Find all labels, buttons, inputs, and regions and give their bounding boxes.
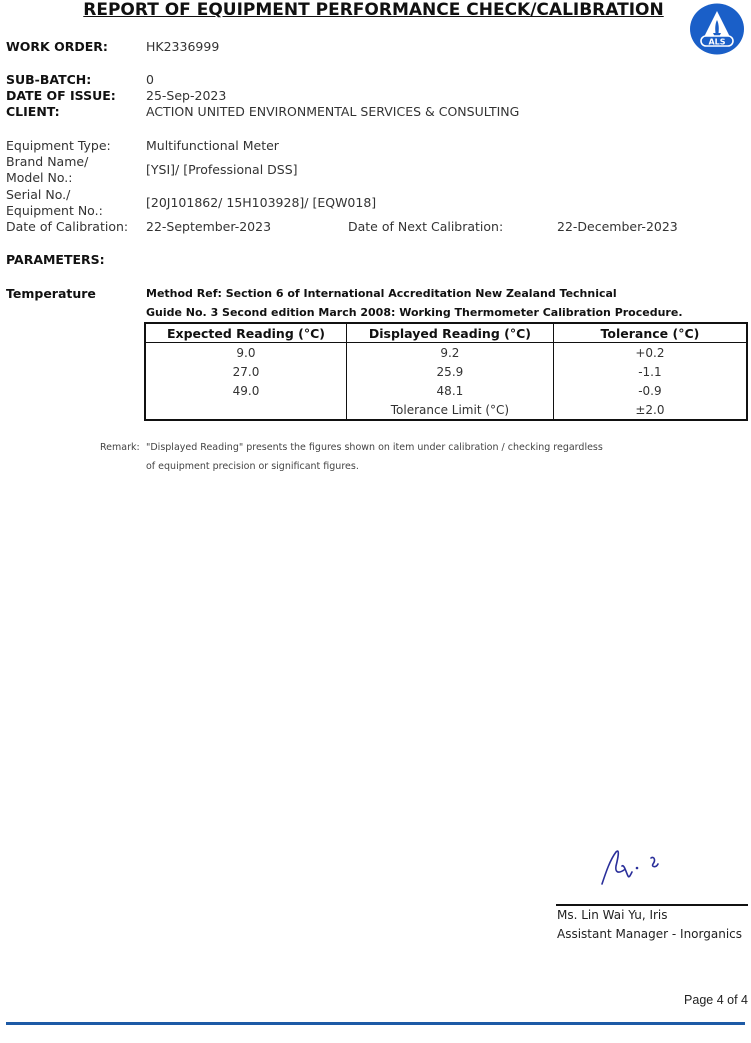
next-calibration-value: 22-December-2023: [557, 219, 678, 234]
tolerance-limit-label: Tolerance Limit (°C): [346, 400, 553, 420]
calibration-date-label: Date of Calibration:: [6, 219, 128, 234]
date-of-issue-label: DATE OF ISSUE:: [6, 88, 116, 103]
table-row: 9.0 9.2 +0.2: [145, 343, 747, 363]
empty-cell: [145, 400, 346, 420]
table-header-row: Expected Reading (°C) Displayed Reading …: [145, 323, 747, 343]
client-label: CLIENT:: [6, 104, 60, 119]
method-ref-line1: Method Ref: Section 6 of International A…: [146, 287, 617, 300]
work-order-value: HK2336999: [146, 39, 219, 54]
column-header-expected: Expected Reading (°C): [145, 323, 346, 343]
column-header-tolerance: Tolerance (°C): [553, 323, 747, 343]
displayed-reading: 48.1: [346, 381, 553, 400]
signature-line: [556, 904, 748, 906]
remark-line2: of equipment precision or significant fi…: [146, 461, 359, 472]
remark-label: Remark:: [100, 442, 140, 453]
sub-batch-value: 0: [146, 72, 154, 87]
column-header-displayed: Displayed Reading (°C): [346, 323, 553, 343]
als-logo: ALS: [689, 3, 745, 55]
work-order-label: WORK ORDER:: [6, 39, 108, 54]
equipment-type-value: Multifunctional Meter: [146, 138, 279, 153]
tolerance: -1.1: [553, 362, 747, 381]
method-ref-line2: Guide No. 3 Second edition March 2008: W…: [146, 306, 683, 319]
table-row: 49.0 48.1 -0.9: [145, 381, 747, 400]
next-calibration-label: Date of Next Calibration:: [348, 219, 503, 234]
serial-equipment-value: [20J101862/ 15H103928]/ [EQW018]: [146, 195, 376, 210]
tolerance-limit-value: ±2.0: [553, 400, 747, 420]
parameters-heading: PARAMETERS:: [6, 252, 105, 267]
tolerance-limit-row: Tolerance Limit (°C) ±2.0: [145, 400, 747, 420]
brand-name-label: Brand Name/: [6, 154, 88, 169]
footer-divider: [6, 1022, 745, 1025]
page-number: Page 4 of 4: [684, 993, 748, 1007]
tolerance: -0.9: [553, 381, 747, 400]
equipment-type-label: Equipment Type:: [6, 138, 111, 153]
client-value: ACTION UNITED ENVIRONMENTAL SERVICES & C…: [146, 104, 519, 119]
expected-reading: 27.0: [145, 362, 346, 381]
serial-no-label: Serial No./: [6, 187, 70, 202]
calibration-date-value: 22-September-2023: [146, 219, 271, 234]
calibration-table: Expected Reading (°C) Displayed Reading …: [144, 322, 748, 421]
brand-model-value: [YSI]/ [Professional DSS]: [146, 162, 298, 177]
svg-text:ALS: ALS: [708, 38, 725, 47]
signatory-position: Assistant Manager - Inorganics: [557, 927, 742, 941]
signature: [596, 842, 676, 888]
remark-line1: "Displayed Reading" presents the figures…: [146, 442, 603, 453]
date-of-issue-value: 25-Sep-2023: [146, 88, 226, 103]
tolerance: +0.2: [553, 343, 747, 363]
model-no-label: Model No.:: [6, 170, 72, 185]
parameter-name: Temperature: [6, 286, 96, 301]
table-row: 27.0 25.9 -1.1: [145, 362, 747, 381]
displayed-reading: 25.9: [346, 362, 553, 381]
expected-reading: 49.0: [145, 381, 346, 400]
sub-batch-label: SUB-BATCH:: [6, 72, 91, 87]
signatory-name: Ms. Lin Wai Yu, Iris: [557, 908, 668, 922]
equipment-no-label: Equipment No.:: [6, 203, 103, 218]
displayed-reading: 9.2: [346, 343, 553, 363]
expected-reading: 9.0: [145, 343, 346, 363]
report-title: REPORT OF EQUIPMENT PERFORMANCE CHECK/CA…: [0, 0, 751, 20]
